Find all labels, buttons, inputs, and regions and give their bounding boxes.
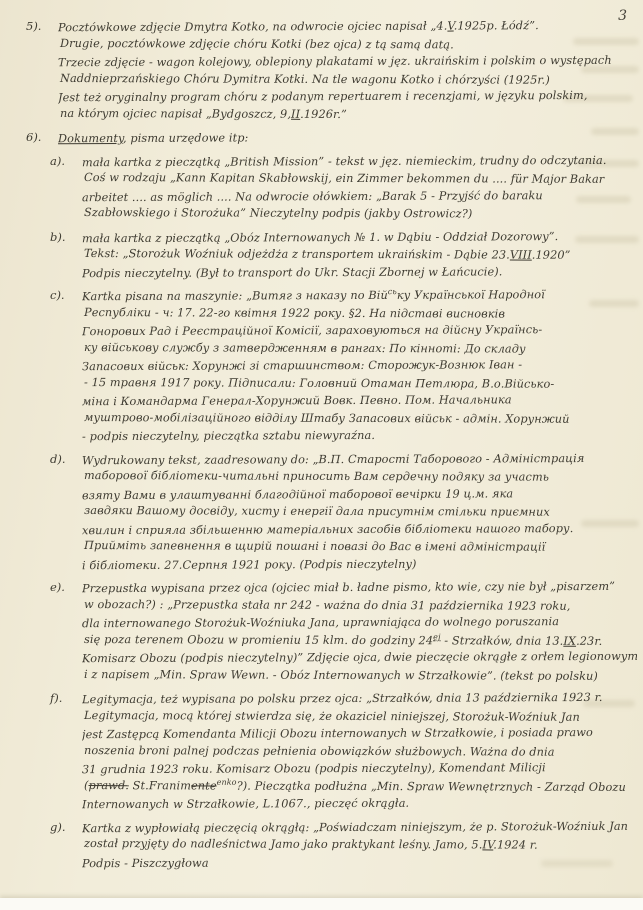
document-block-item-5: 5).Pocztówkowe zdjęcie Dmytra Kotko, na … [26,18,637,123]
text-line: Legitymacja, mocą której stwierdza się, … [82,707,637,726]
text-line: jest Zastępcą Komendanta Milicji Obozu i… [82,724,637,744]
text-line: arbeitet .... as möglich .... Na odwroci… [82,186,637,206]
text-segment: Kartka pisana na maszynie: „Витяг з нака… [82,289,388,303]
text-segment: - Strzałków, dnia 13. [441,634,564,647]
text-segment: Dokumenty [58,132,123,145]
text-line: dla internowanego Storożuk-Woźniuka Jana… [82,613,637,633]
text-line: Podpis nieczytelny. (Był to transport do… [82,262,637,282]
text-segment: .1920” [532,249,571,262]
text-line: 31 grudnia 1923 roku. Komisarz Obozu (po… [82,759,637,779]
text-line: Гонорових Рад і Реєстраційної Комісії, з… [82,321,637,341]
text-line: Dokumenty, pisma urzędowe itp: [58,128,637,148]
text-line: Internowanych w Strzałkowie, L.1067., pi… [82,794,637,814]
text-segment: .1925р. Łódź”. [454,19,539,32]
text-segment: się poza terenem Obozu w promieniu 15 kl… [84,633,433,647]
item-label: f). [50,690,82,708]
item-label: e). [50,579,82,597]
text-line: Przepustka wypisana przez ojca (ojciec m… [82,578,637,598]
text-segment: IX [563,634,576,647]
superscript-text: сь [388,287,397,296]
text-line: się poza terenem Obozu w promieniu 15 kl… [82,631,637,650]
text-line: Komisarz Obozu (podpis nieczytelny)” Zdj… [82,648,637,668]
text-segment: ?). Pieczątka podłużna „Min. Spraw Wewnę… [237,779,626,793]
text-line: муштрово-мобілізаційного відділу Штабу З… [82,409,637,428]
text-segment: został przyjęty do nadleśnictwa Jamo jak… [84,837,482,851]
document-block-item-6e: e).Przepustka wypisana przez ojca (ojcie… [50,579,637,684]
text-line: ку військову службу з затвердженням в ра… [82,339,637,358]
text-segment: .1926r.” [300,107,347,120]
text-line: завдяки Вашому досвіду, хисту і енергії … [82,502,637,521]
text-line: Szabłowskiego i Storożuka” Nieczytelny p… [82,204,637,223]
text-line: Coś w rodzaju „Kann Kapitan Skabłowskij,… [82,169,637,188]
text-line: na którym ojciec napisał „Bydgoszcz, 9,I… [58,104,637,124]
text-segment: Tekst: „Storożuk Woźniuk odjeżdża z tran… [84,247,510,261]
item-label: g). [50,819,82,837]
text-line: взяту Вами в улаштуванні благодійної таб… [82,484,637,504]
text-line: хвилин і сприяла збільшенню матеріальних… [82,519,637,539]
document-block-item-6c: c).Kartka pisana na maszynie: „Витяг з н… [50,287,637,445]
text-segment: VIII [510,249,532,262]
text-line: таборової бібліотеки-читальні приносить … [82,467,637,486]
superscript-text: enko [217,777,237,786]
document-block-item-6d: d).Wydrukowany tekst, zaadresowany do: „… [50,451,637,574]
text-line: Drugie, pocztówkowe zdjęcie chóru Kotki … [58,34,637,54]
item-label: 5). [26,18,58,36]
text-line: Naddnieprzańskiego Chóru Dymitra Kotki. … [58,69,637,89]
text-line: Kartka z wypłowiałą pieczęcią okrągłą: „… [82,817,637,837]
document-block-item-6a: a).mała kartka z pieczątką „British Miss… [50,153,637,223]
text-line: Wydrukowany tekst, zaadresowany do: „В.П… [82,449,637,469]
item-label: 6). [26,129,58,147]
text-segment: II [291,107,300,120]
text-segment: na którym ojciec napisał „Bydgoszcz, 9, [60,106,291,120]
text-line: Jest też oryginalny program chóru z poda… [58,87,637,107]
text-segment: Pocztówkowe zdjęcie Dmytra Kotko, na odw… [58,20,447,35]
item-label: d). [50,451,82,469]
document-block-item-6f: f).Legitymacja, też wypisana po polsku p… [50,690,637,813]
text-line: Республіки - ч: 17. 22-го квітня 1922 ро… [82,304,637,323]
text-line: Trzecie zdjęcie - wagon kolejowy, oblepi… [58,52,637,72]
text-line: i z napisem „Min. Spraw Wewn. - Obóz Int… [82,666,637,685]
text-line: został przyjęty do nadleśnictwa Jamo jak… [82,835,637,854]
document-block-item-6b: b).mała kartka z pieczątką „Obóz Interno… [50,229,637,282]
text-line: (prawd. St.Franimenteenko?). Pieczątka p… [82,777,637,796]
struck-text: prawd. [88,779,129,792]
text-segment: St.Franim [129,779,191,792]
text-line: Запасових військ: Хорунжі зі старшинство… [82,356,637,376]
text-segment: .23r. [576,634,602,647]
text-line: mała kartka z pieczątką „Obóz Internowan… [82,227,637,247]
text-line: і бібліотеки. 27.Серпня 1921 року. (Podp… [82,554,637,574]
text-line: Kartka pisana na maszynie: „Витяг з нака… [82,286,637,306]
text-line: noszenia broni palnej podczas pełnienia … [82,742,637,761]
struck-text: ente [191,779,217,792]
text-line: Pocztówkowe zdjęcie Dmytra Kotko, na odw… [58,17,637,37]
text-line: - 15 травня 1917 року. Підписали: Головн… [82,374,637,393]
text-line: міна і Командарма Генерал-Хорунжий Вовк.… [82,391,637,411]
text-line: Прийміть запевнення в щирій пошані і пов… [82,537,637,556]
text-segment: , pisma urzędowe itp: [123,131,249,145]
item-label: c). [50,287,82,305]
text-line: mała kartka z pieczątką „British Mission… [82,151,637,171]
document-block-item-6-heading: 6).Dokumenty, pisma urzędowe itp: [26,129,637,147]
text-segment: ку Української Народної [397,288,545,302]
text-segment: IV [482,838,493,851]
document-body: 5).Pocztówkowe zdjęcie Dmytra Kotko, na … [26,18,637,877]
superscript-text: ej [433,632,440,641]
text-line: Tekst: „Storożuk Woźniuk odjeżdża z tran… [82,245,637,264]
text-line: - podpis nieczytelny, pieczątka sztabu n… [82,426,637,446]
document-block-item-6g: g).Kartka z wypłowiałą pieczęcią okrągłą… [50,819,637,872]
item-label: a). [50,153,82,171]
text-segment: .1924 r. [493,838,538,851]
text-line: w obozach?) : „Przepustka stała nr 242 -… [82,596,637,615]
item-label: b). [50,229,82,247]
text-line: Legitymacja, też wypisana po polsku prze… [82,689,637,709]
text-line: Podpis - Piszczygłowa [82,852,637,872]
manuscript-page: 3 5).Pocztówkowe zdjęcie Dmytra Kotko, n… [0,0,643,910]
scan-edge [0,898,643,910]
